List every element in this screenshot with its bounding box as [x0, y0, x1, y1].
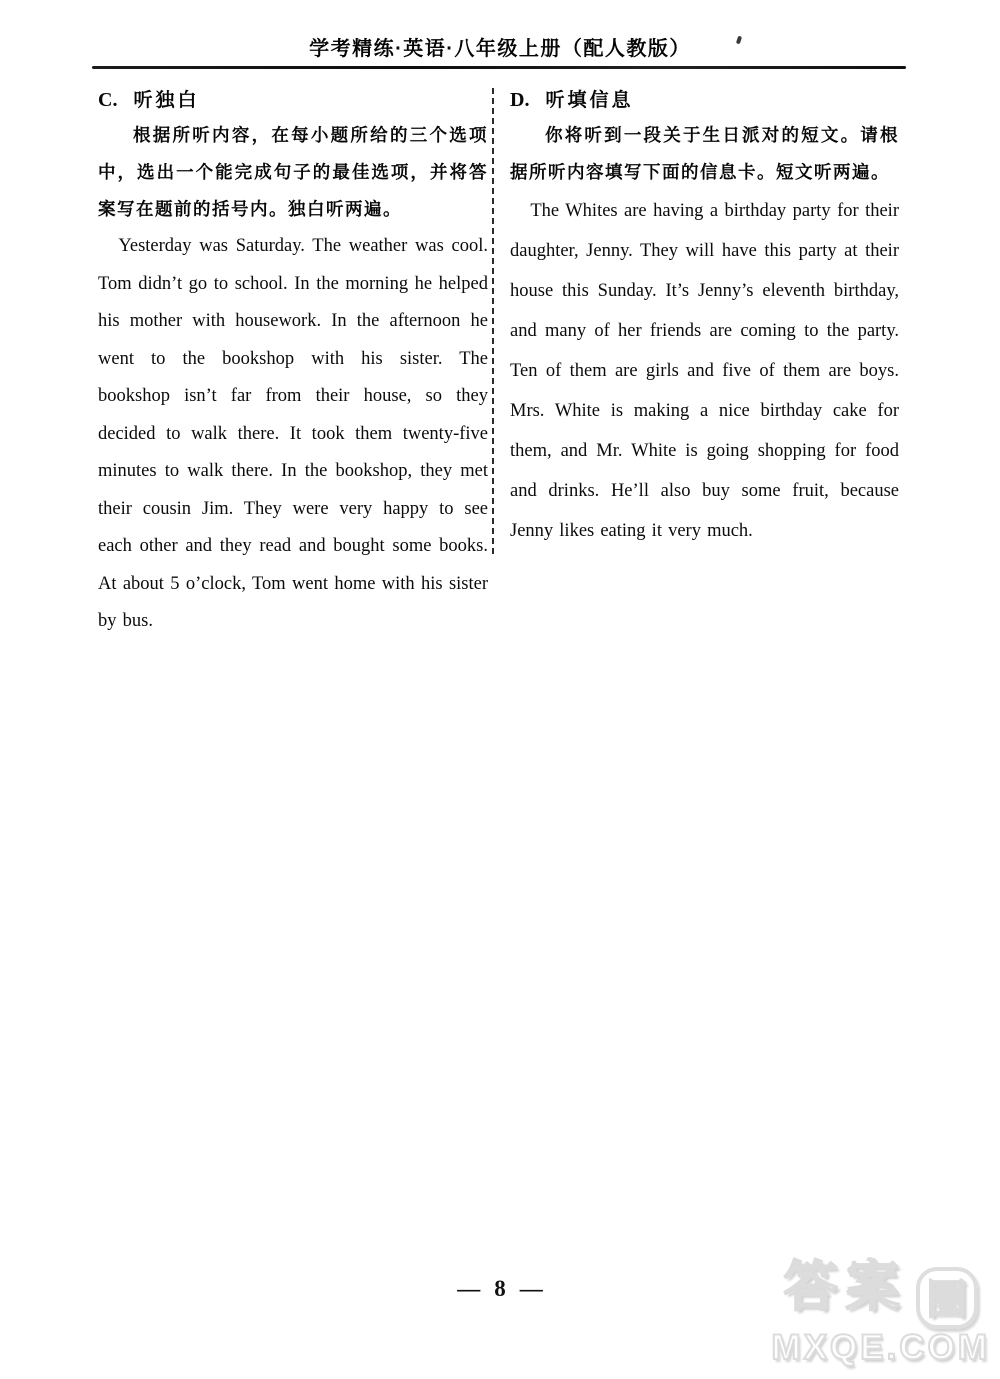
watermark-brand-text: 答案圈 [772, 1254, 990, 1329]
watermark-logo: 答案圈 MXQE.COM [772, 1254, 990, 1367]
section-c-monologue-passage: Yesterday was Saturday. The weather was … [98, 228, 488, 641]
section-c-label: C. [98, 89, 117, 111]
workbook-page: 学考精练·英语·八年级上册（配人教版） C.听独白 根据所听内容，在每小题所给的… [0, 0, 1000, 1379]
section-c-instructions: 根据所听内容，在每小题所给的三个选项中，选出一个能完成句子的最佳选项，并将答案写… [98, 117, 488, 228]
footer-dash-right: — [520, 1276, 543, 1301]
column-left-section-c: C.听独白 根据所听内容，在每小题所给的三个选项中，选出一个能完成句子的最佳选项… [98, 85, 488, 641]
page-header-title: 学考精练·英语·八年级上册（配人教版） [0, 32, 1000, 61]
section-c-heading: C.听独白 [98, 85, 488, 117]
watermark-circled-char: 圈 [916, 1267, 978, 1329]
watermark-brand-chars: 答案 [784, 1257, 908, 1317]
section-d-instructions: 你将听到一段关于生日派对的短文。请根据所听内容填写下面的信息卡。短文听两遍。 [510, 117, 899, 191]
section-d-title: 听填信息 [545, 90, 633, 111]
section-d-label: D. [510, 89, 529, 111]
section-d-passage: The Whites are having a birthday party f… [510, 191, 899, 551]
page-number: 8 [494, 1276, 506, 1301]
footer-dash-left: — [457, 1276, 480, 1301]
section-c-title: 听独白 [133, 90, 199, 111]
section-d-heading: D.听填信息 [510, 85, 899, 117]
header-divider-rule [92, 66, 906, 69]
column-right-section-d: D.听填信息 你将听到一段关于生日派对的短文。请根据所听内容填写下面的信息卡。短… [510, 85, 899, 551]
watermark-site-url: MXQE.COM [772, 1329, 990, 1367]
column-divider-dashed [492, 88, 494, 554]
